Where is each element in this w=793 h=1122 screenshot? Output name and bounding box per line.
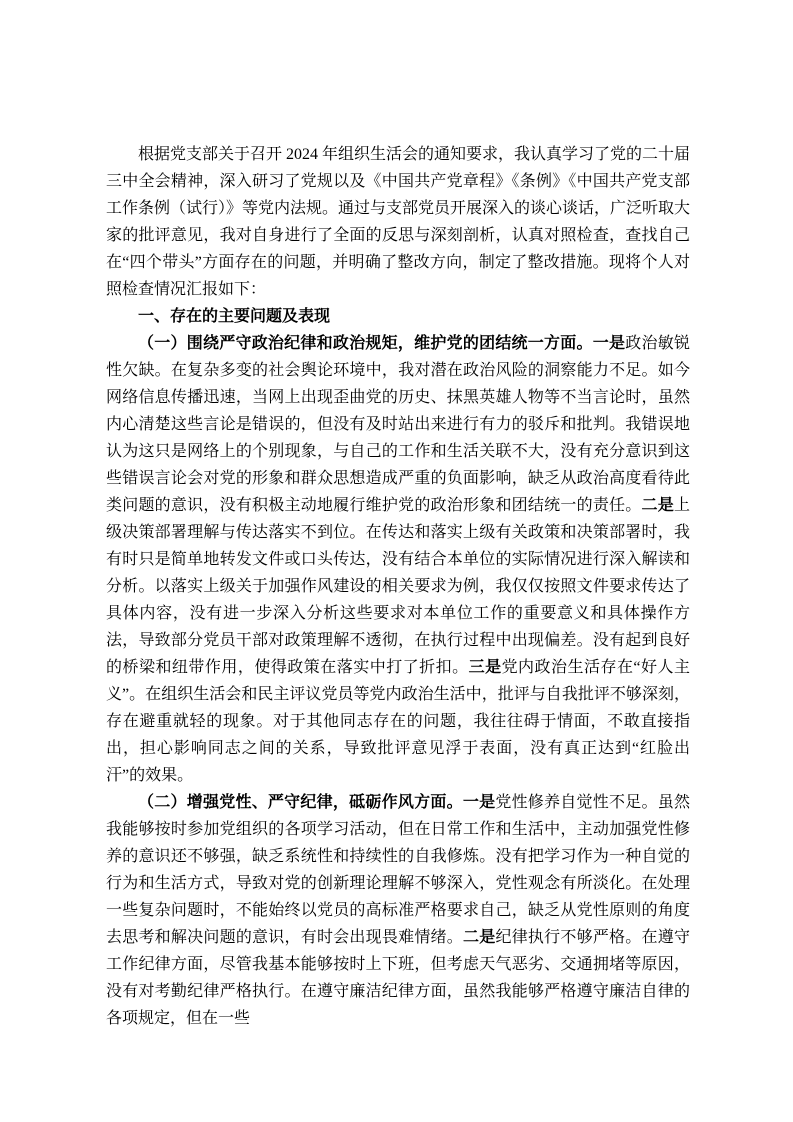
text-run: 政治敏锐性欠缺。在复杂多变的社会舆论环境中，我对潜在政治风险的洞察能力不足。如今… bbox=[106, 335, 690, 514]
document-body: 根据党支部关于召开 2024 年组织生活会的通知要求，我认真学习了党的二十届三中… bbox=[106, 141, 690, 1032]
bold-text-run: 二是 bbox=[642, 497, 674, 514]
document-page: 根据党支部关于召开 2024 年组织生活会的通知要求，我认真学习了党的二十届三中… bbox=[0, 0, 793, 1122]
bold-text-run: 二是 bbox=[463, 929, 495, 946]
bold-text-run: 三是 bbox=[469, 659, 502, 676]
text-run: 根据党支部关于召开 2024 年组织生活会的通知要求，我认真学习了党的二十届三中… bbox=[106, 146, 690, 298]
bold-text-run: 一、存在的主要问题及表现 bbox=[138, 308, 330, 325]
text-run: 上级决策部署理解与传达落实不到位。在传达和落实上级有关政策和决策部署时，我有时只… bbox=[106, 497, 690, 676]
section-heading-main-problems: 一、存在的主要问题及表现 bbox=[106, 303, 690, 330]
intro-paragraph: 根据党支部关于召开 2024 年组织生活会的通知要求，我认真学习了党的二十届三中… bbox=[106, 141, 690, 303]
text-run: 党性修养自觉性不足。虽然我能够按时参加党组织的各项学习活动，但在日常工作和生活中… bbox=[106, 794, 690, 946]
bold-text-run: （二）增强党性、严守纪律，砥砺作风方面。一是 bbox=[138, 794, 495, 811]
text-run: 党内政治生活存在“好人主义”。在组织生活会和民主评议党员等党内政治生活中，批评与… bbox=[106, 659, 690, 784]
subsection-paragraph-political-discipline: （一）围绕严守政治纪律和政治规矩，维护党的团结统一方面。一是政治敏锐性欠缺。在复… bbox=[106, 330, 690, 789]
subsection-paragraph-party-spirit-discipline: （二）增强党性、严守纪律，砥砺作风方面。一是党性修养自觉性不足。虽然我能够按时参… bbox=[106, 789, 690, 1032]
bold-text-run: （一）围绕严守政治纪律和政治规矩，维护党的团结统一方面。一是 bbox=[138, 335, 625, 352]
